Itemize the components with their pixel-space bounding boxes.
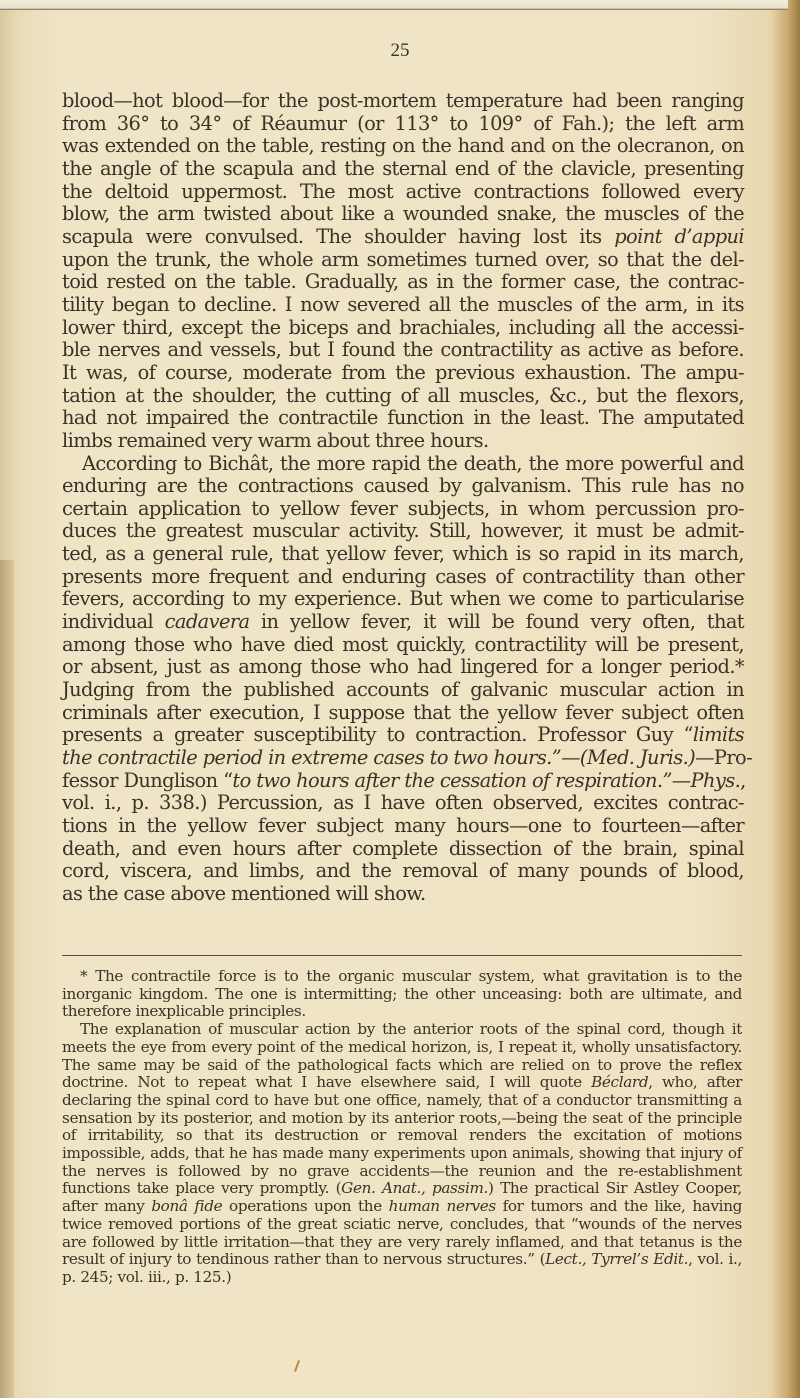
text-segment: in yellow fever, it will be found very o… (249, 610, 744, 633)
text-line: certain application to yellow fever subj… (62, 498, 744, 521)
text-line: death, and even hours after complete dis… (62, 838, 744, 861)
text-line: upon the trunk, the whole arm sometimes … (62, 249, 744, 272)
text-line: had not impaired the contractile functio… (62, 407, 744, 430)
italic-name: Béclard (591, 1073, 648, 1091)
text-segment: —Pro- (695, 746, 752, 769)
text-line: blood—hot blood—for the post-mortem temp… (62, 90, 744, 113)
text-line: tility began to decline. I now severed a… (62, 294, 744, 317)
text-line: lower third, except the biceps and brach… (62, 317, 744, 340)
text-line: from 36° to 34° of Réaumur (or 113° to 1… (62, 113, 744, 136)
italic-quote: the contractile period in extreme cases … (62, 746, 695, 769)
text-segment: , (740, 769, 746, 792)
text-line: criminals after execution, I suppose tha… (62, 702, 744, 725)
text-line: It was, of course, moderate from the pre… (62, 362, 744, 385)
top-page-edge (0, 0, 800, 10)
text-segment: scapula were convulsed. The shoulder hav… (62, 225, 614, 248)
text-line: the contractile period in extreme cases … (62, 747, 744, 770)
text-segment: fessor Dunglison “ (62, 769, 232, 792)
footnote-paragraph: The explanation of muscular action by th… (62, 1021, 742, 1287)
text-segment: individual (62, 610, 165, 633)
text-segment: presents a greater susceptibility to con… (62, 723, 693, 746)
page-number: 25 (0, 40, 800, 62)
footnote-paragraph: * The contractile force is to the organi… (62, 968, 742, 1021)
footnote: * The contractile force is to the organi… (62, 968, 742, 1287)
text-line: the angle of the scapula and the sternal… (62, 158, 744, 181)
footnote-marker: * (80, 967, 87, 985)
italic-phrase: bonâ fide (151, 1197, 222, 1215)
italic-citation: Gen. Anat., passim. (341, 1179, 488, 1197)
text-line: presents a greater susceptibility to con… (62, 724, 744, 747)
text-line: Judging from the published accounts of g… (62, 679, 744, 702)
italic-quote: to two hours after the cessation of resp… (232, 769, 740, 792)
italic-phrase: limits (693, 723, 744, 746)
text-line: tation at the shoulder, the cutting of a… (62, 385, 744, 408)
text-line: According to Bichât, the more rapid the … (62, 453, 744, 476)
text-line: ble nerves and vessels, but I found the … (62, 339, 744, 362)
text-line: limbs remained very warm about three hou… (62, 430, 744, 453)
italic-phrase: point d’appui (614, 225, 744, 248)
left-page-edge (0, 560, 14, 1398)
text-line: fevers, according to my experience. But … (62, 588, 744, 611)
footnote-divider (62, 955, 742, 956)
right-page-edge (788, 0, 800, 1398)
italic-phrase: cadavera (165, 610, 250, 633)
text-line: enduring are the contractions caused by … (62, 475, 744, 498)
text-line: individual cadavera in yellow fever, it … (62, 611, 744, 634)
text-line: tions in the yellow fever subject many h… (62, 815, 744, 838)
text-line: cord, viscera, and limbs, and the remova… (62, 860, 744, 883)
text-line: scapula were convulsed. The shoulder hav… (62, 226, 744, 249)
text-line: the deltoid uppermost. The most active c… (62, 181, 744, 204)
text-line: presents more frequent and enduring case… (62, 566, 744, 589)
text-line: toid rested on the table. Gradually, as … (62, 271, 744, 294)
main-text: blood—hot blood—for the post-mortem temp… (62, 90, 744, 906)
text-line: vol. i., p. 338.) Percussion, as I have … (62, 792, 744, 815)
text-line: was extended on the table, resting on th… (62, 135, 744, 158)
italic-phrase: human nerves (389, 1197, 496, 1215)
text-line: duces the greatest muscular activity. St… (62, 520, 744, 543)
text-line: blow, the arm twisted about like a wound… (62, 203, 744, 226)
text-line: as the case above mentioned will show. (62, 883, 744, 906)
text-line: among those who have died most quickly, … (62, 634, 744, 657)
text-segment: The contractile force is to the organic … (62, 967, 742, 1020)
text-segment: operations upon the (222, 1197, 388, 1215)
text-line: fessor Dunglison “to two hours after the… (62, 770, 744, 793)
text-line: ted, as a general rule, that yellow feve… (62, 543, 744, 566)
italic-citation: Lect., Tyrrel’s Edit. (545, 1250, 688, 1268)
text-line: or absent, just as among those who had l… (62, 656, 744, 679)
